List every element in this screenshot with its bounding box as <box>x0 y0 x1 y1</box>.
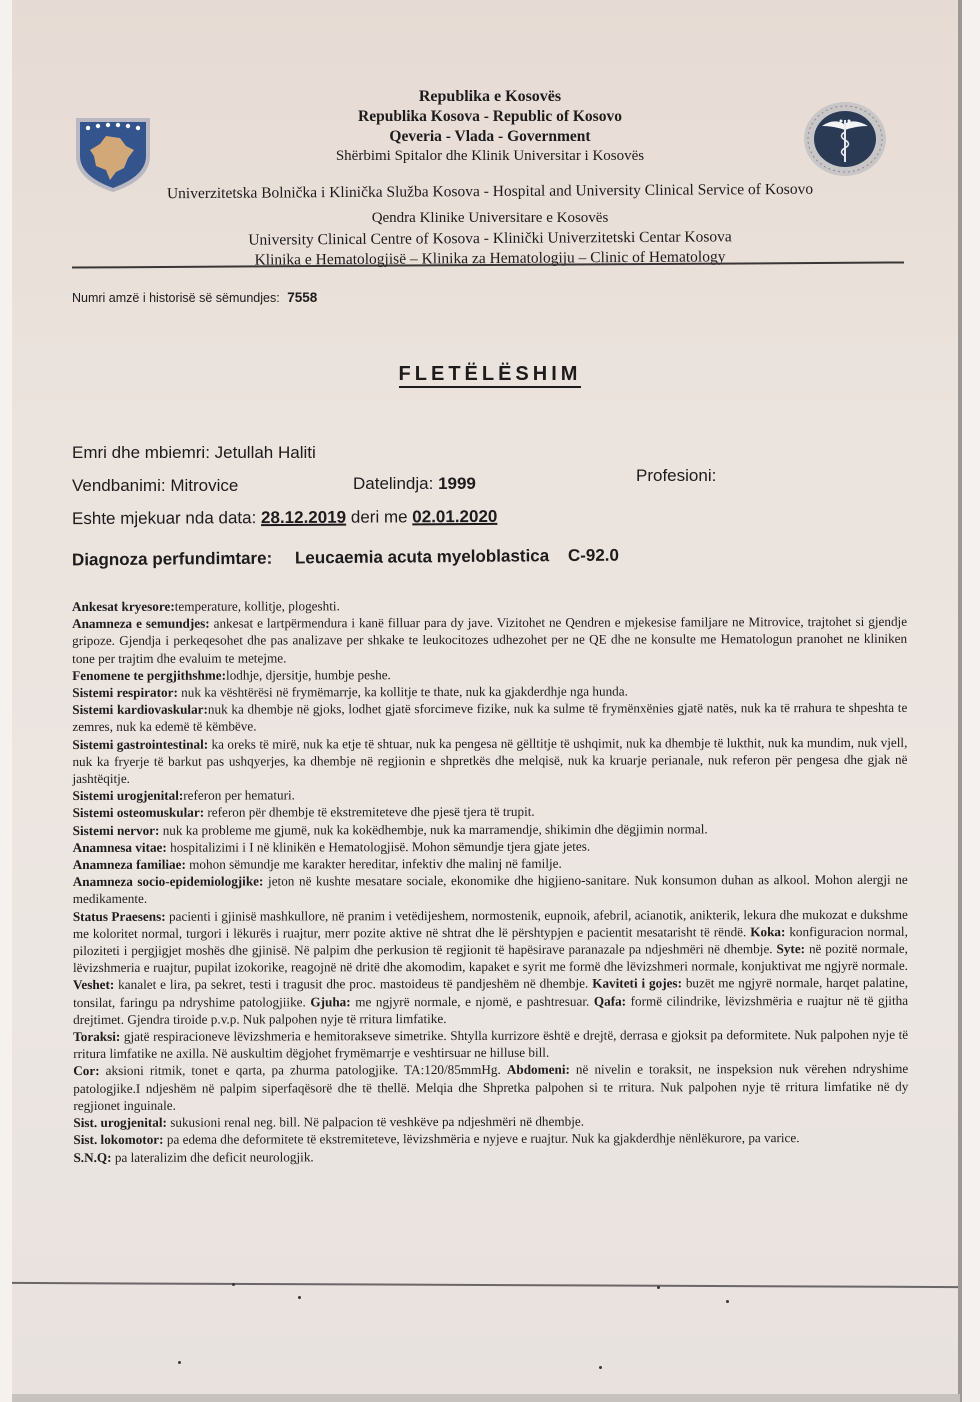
section-thorax: Toraksi: gjatë respiracioneve lëvizshmer… <box>73 1026 908 1063</box>
section-cor-abdomen: Cor: aksioni ritmik, tonet e qarta, pa z… <box>73 1060 908 1114</box>
page-bottom-strip <box>12 1394 960 1402</box>
header-hospital-service: Shërbimi Spitalor dhe Klinik Universitar… <box>0 148 980 165</box>
header-government: Qeveria - Vlada - Government <box>0 128 980 146</box>
header-republic-multilingual: Republika Kosova - Republic of Kosovo <box>0 108 980 126</box>
urogenital-exam-label: Sist. urogjenital: <box>73 1115 167 1130</box>
section-text: nuk ka probleme me gjumë, nuk ka kokëdhe… <box>159 821 707 837</box>
section-label: Fenomene te pergjithshme: <box>72 667 226 682</box>
treatment-dates-label: Eshte mjekuar nda data: <box>72 508 256 528</box>
final-diagnosis-value: Leucaemia acuta myeloblastica <box>295 546 549 567</box>
patient-name-label: Emri dhe mbiemri: <box>72 443 210 462</box>
section-text: mohon sëmundje me karakter hereditar, in… <box>186 856 562 872</box>
section-label: Anamnesa vitae: <box>73 840 167 855</box>
cns-text: pa lateralizim dhe deficit neurologjik. <box>112 1149 314 1165</box>
final-diagnosis-label: Diagnoza perfundimtare: <box>72 549 272 570</box>
tongue-label: Gjuha: <box>310 994 350 1009</box>
section-locomotor: Sist. lokomotor: pa edema dhe deformitet… <box>73 1129 908 1148</box>
section-socio-epidemiological: Anamneza socio-epidemiologjike: jeton në… <box>73 871 908 908</box>
section-label: Anamneza e semundjes: <box>72 616 210 631</box>
patient-name-row: Emri dhe mbiemri: Jetullah Haliti <box>72 443 316 463</box>
section-anamnesis-vitae: Anamnesa vitae: hospitalizimi i I në kli… <box>73 837 908 856</box>
section-cns: S.N.Q: pa lateralizim dhe deficit neurol… <box>73 1146 908 1165</box>
treatment-start-date: 28.12.2019 <box>261 508 346 527</box>
locomotor-text: pa edema dhe deformitete të ekstremitete… <box>164 1130 800 1147</box>
section-text: lodhje, djersitje, humbje peshe. <box>226 667 391 682</box>
thorax-label: Toraksi: <box>73 1029 120 1044</box>
section-label: Sistemi respirator: <box>72 685 178 700</box>
document-title-text: FLETËLËSHIM <box>399 363 582 388</box>
record-number-row: Numri amzë i historisë së sëmundjes: 755… <box>72 290 317 305</box>
section-label: Ankesat kryesore: <box>72 599 175 614</box>
residence-row: Vendbanimi: Mitrovice <box>72 476 238 496</box>
paper-speck <box>726 1300 729 1303</box>
thorax-text: gjatë respiracioneve lëvizshmeria e hemi… <box>73 1027 908 1061</box>
paper-speck <box>232 1283 235 1286</box>
section-respiratory: Sistemi respirator: nuk ka vështërësi në… <box>72 682 907 701</box>
final-diagnosis-code: C-92.0 <box>568 546 619 565</box>
section-cardiovascular: Sistemi kardiovaskular:nuk ka dhembje në… <box>72 699 907 736</box>
treatment-until-label: deri me <box>351 507 408 526</box>
section-label: Sistemi osteomuskular: <box>73 805 205 820</box>
paper-speck <box>599 1366 602 1369</box>
section-label: Anamneza socio-epidemiologjike: <box>73 874 264 889</box>
ears-text: kanalet e lira, pa sekret, testi i tragu… <box>114 976 592 992</box>
section-text: hospitalizimi i I në klinikën e Hematolo… <box>167 838 590 854</box>
tongue-text: me ngjyrë normale, e njomë, e pashtresua… <box>351 993 594 1009</box>
record-number-value: 7558 <box>287 290 317 305</box>
header-clinical-centre-albanian: Qendra Klinike Universitare e Kosovës <box>0 210 980 227</box>
section-urogenital: Sistemi urogjenital:referon per hematuri… <box>72 785 907 804</box>
profession-label: Profesioni: <box>636 466 716 485</box>
section-label: Sistemi kardiovaskular: <box>72 702 208 717</box>
treatment-dates-row: Eshte mjekuar nda data: 28.12.2019 deri … <box>72 507 497 529</box>
section-label: Sistemi urogjenital: <box>72 788 183 803</box>
neck-label: Qafa: <box>594 993 626 1008</box>
section-status-praesens: Status Praesens: pacienti i gjinisë mash… <box>73 905 908 1028</box>
status-label: Status Praesens: <box>73 908 166 923</box>
section-label: Sistemi gastrointestinal: <box>72 736 208 751</box>
cor-label: Cor: <box>73 1063 99 1078</box>
birth-label: Datelindja: <box>353 474 433 493</box>
section-urogenital-exam: Sist. urogjenital: sukusioni renal neg. … <box>73 1112 908 1131</box>
birth-value: 1999 <box>438 474 476 493</box>
paper-speck <box>298 1296 301 1299</box>
cns-label: S.N.Q: <box>73 1149 111 1164</box>
birth-row: Datelindja: 1999 <box>353 474 476 494</box>
section-disease-history: Anamneza e semundjes: ankesat e lartpërm… <box>72 613 907 667</box>
paper-speck <box>178 1361 181 1364</box>
section-text: temperature, kollitje, plogeshti. <box>175 598 340 613</box>
profession-row: Profesioni: <box>636 466 716 486</box>
locomotor-label: Sist. lokomotor: <box>73 1132 163 1147</box>
cor-text: aksioni ritmik, tonet e qarta, pa zhurma… <box>100 1062 507 1078</box>
treatment-end-date: 02.01.2020 <box>412 507 497 526</box>
section-label: Sistemi nervor: <box>73 822 160 837</box>
section-general-phenomena: Fenomene te pergjithshme:lodhje, djersit… <box>72 665 907 684</box>
patient-name-value: Jetullah Haliti <box>215 443 316 462</box>
section-label: Anamneza familiae: <box>73 857 186 872</box>
record-number-label: Numri amzë i historisë së sëmundjes: <box>72 291 280 305</box>
section-chief-complaints: Ankesat kryesore:temperature, kollitje, … <box>72 596 907 615</box>
oral-cavity-label: Kaviteti i gojes: <box>592 976 682 991</box>
section-text: referon per hematuri. <box>183 788 295 803</box>
eyes-label: Syte: <box>776 941 805 956</box>
paper-speck <box>657 1286 660 1289</box>
residence-value: Mitrovice <box>170 476 238 495</box>
section-family-history: Anamneza familiae: mohon sëmundje me kar… <box>73 854 908 873</box>
section-nervous: Sistemi nervor: nuk ka probleme me gjumë… <box>73 819 908 838</box>
header-republic-albanian: Republika e Kosovës <box>0 88 980 106</box>
ears-label: Veshet: <box>73 977 114 992</box>
clinical-notes: Ankesat kryesore:temperature, kollitje, … <box>72 596 908 1166</box>
section-text: nuk ka vështërësi në frymëmarrje, ka kol… <box>178 684 628 700</box>
document-title: FLETËLËSHIM <box>0 363 980 386</box>
head-label: Koka: <box>750 924 785 939</box>
abdomen-label: Abdomeni: <box>507 1062 570 1077</box>
urogenital-exam-text: sukusioni renal neg. bill. Në palpacion … <box>167 1114 584 1130</box>
residence-label: Vendbanimi: <box>72 476 166 495</box>
section-text: referon për dhembje të ekstremiteteve dh… <box>204 804 535 820</box>
section-osteomuscular: Sistemi osteomuskular: referon për dhemb… <box>73 802 908 821</box>
section-gastrointestinal: Sistemi gastrointestinal: ka oreks të mi… <box>72 733 907 787</box>
